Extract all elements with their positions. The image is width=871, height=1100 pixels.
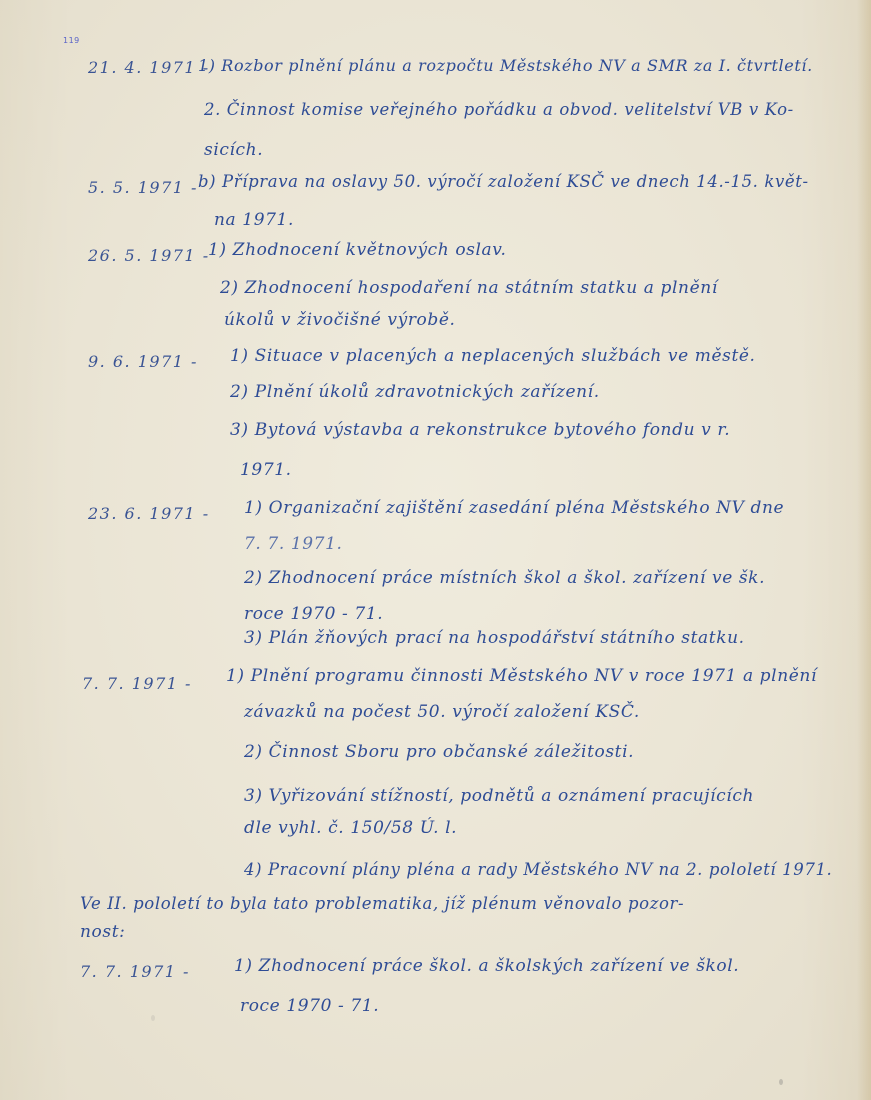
- entry-item: 2. Činnost komise veřejného pořádku a ob…: [204, 100, 794, 119]
- handwritten-page: 119 21. 4. 1971 - 1) Rozbor plnění plánu…: [0, 0, 871, 1100]
- entry-item: úkolů v živočišné výrobě.: [224, 310, 456, 330]
- paragraph-line: nost:: [80, 922, 125, 942]
- entry-date: 23. 6. 1971 -: [88, 504, 210, 523]
- paragraph-line: Ve II. pololetí to byla tato problematik…: [80, 894, 684, 913]
- entry-item: 3) Vyřizování stížností, podnětů a oznám…: [244, 786, 754, 806]
- paper-blemish: [779, 1079, 783, 1085]
- entry-date: 26. 5. 1971 -: [88, 246, 210, 265]
- entry-item: sicích.: [204, 140, 263, 160]
- entry-item: 2) Zhodnocení hospodaření na státním sta…: [220, 278, 718, 298]
- entry-item: závazků na počest 50. výročí založení KS…: [244, 702, 640, 722]
- entry-date: 7. 7. 1971 -: [80, 962, 190, 981]
- page-number: 119: [63, 36, 80, 45]
- entry-date: 21. 4. 1971 -: [88, 58, 210, 77]
- entry-date: 9. 6. 1971 -: [88, 352, 198, 371]
- page-edge-shadow: [857, 0, 871, 1100]
- entry-date: 7. 7. 1971 -: [82, 674, 192, 693]
- entry-item: 2) Zhodnocení práce místních škol a škol…: [244, 568, 765, 588]
- entry-item: na 1971.: [214, 210, 294, 230]
- entry-item: 1) Situace v placených a neplacených slu…: [230, 346, 756, 366]
- entry-item: 2) Činnost Sboru pro občanské záležitost…: [244, 742, 634, 762]
- entry-item: 1971.: [240, 460, 292, 480]
- entry-item: 1) Organizační zajištění zasedání pléna …: [244, 498, 784, 518]
- entry-item: 7. 7. 1971.: [244, 534, 343, 554]
- entry-item: 3) Plán žňových prací na hospodářství st…: [244, 628, 745, 648]
- entry-item: 2) Plnění úkolů zdravotnických zařízení.: [230, 382, 600, 402]
- entry-item: 1) Zhodnocení práce škol. a školských za…: [234, 956, 739, 976]
- entry-item: b) Příprava na oslavy 50. výročí založen…: [198, 172, 809, 191]
- entry-item: roce 1970 - 71.: [240, 996, 379, 1016]
- entry-item: 1) Rozbor plnění plánu a rozpočtu Městsk…: [198, 56, 813, 75]
- entry-item: 1) Plnění programu činnosti Městského NV…: [226, 666, 817, 686]
- entry-item: 3) Bytová výstavba a rekonstrukce bytové…: [230, 420, 730, 440]
- entry-item: 1) Zhodnocení květnových oslav.: [208, 240, 506, 260]
- entry-item: 4) Pracovní plány pléna a rady Městského…: [244, 860, 832, 879]
- paper-blemish: [151, 1015, 155, 1021]
- entry-item: roce 1970 - 71.: [244, 604, 383, 624]
- entry-item: dle vyhl. č. 150/58 Ú. l.: [244, 818, 457, 838]
- entry-date: 5. 5. 1971 -: [88, 178, 198, 197]
